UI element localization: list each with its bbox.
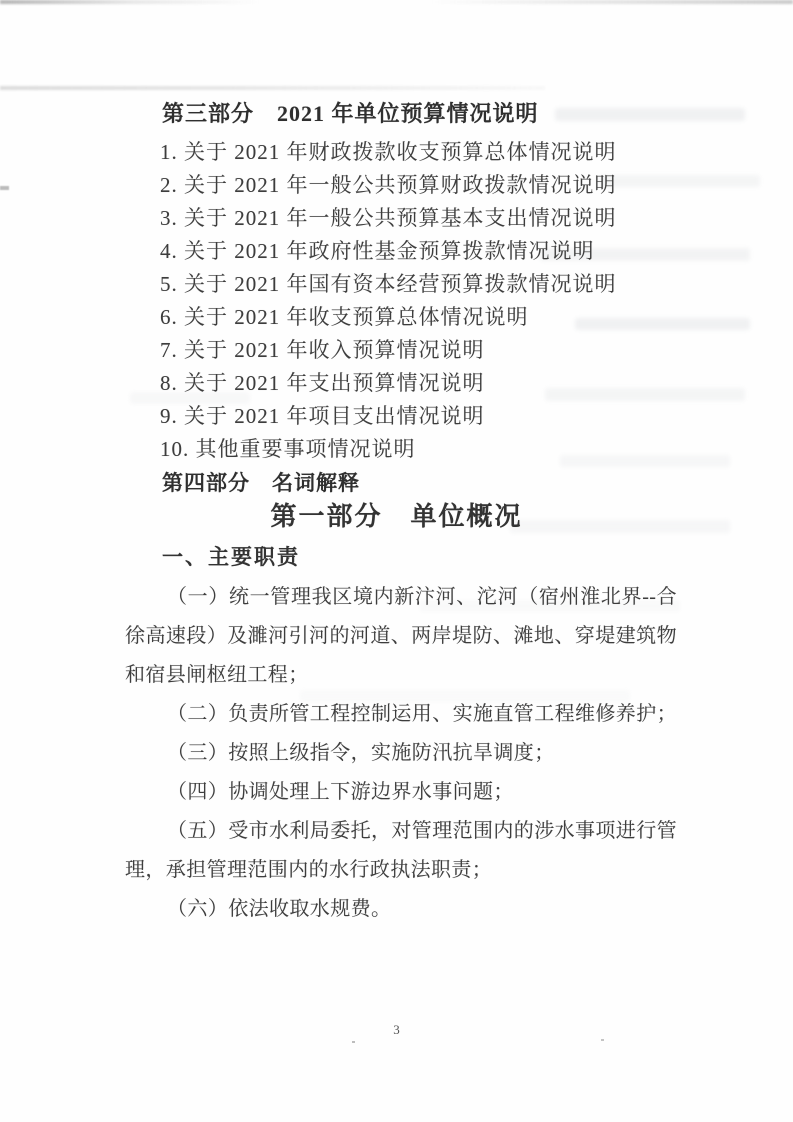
toc-item: 1. 关于 2021 年财政拨款收支预算总体情况说明 <box>160 136 617 169</box>
toc-part4-heading: 第四部分 名词解释 <box>162 467 360 497</box>
paragraph: （六）依法收取水规费。 <box>125 890 677 929</box>
toc-item: 5. 关于 2021 年国有资本经营预算拨款情况说明 <box>160 268 617 301</box>
toc-item: 7. 关于 2021 年收入预算情况说明 <box>160 334 617 367</box>
paragraph: （五）受市水利局委托，对管理范围内的涉水事项进行管理，承担管理范围内的水行政执法… <box>125 812 677 890</box>
scan-artifact <box>430 0 793 4</box>
toc-item: 10. 其他重要事项情况说明 <box>160 433 617 466</box>
scan-artifact <box>0 0 260 4</box>
toc-item: 4. 关于 2021 年政府性基金预算拨款情况说明 <box>160 235 617 268</box>
toc-item: 6. 关于 2021 年收支预算总体情况说明 <box>160 301 617 334</box>
scan-bleedthrough <box>555 108 745 121</box>
paragraph: （三）按照上级指令，实施防汛抗旱调度； <box>125 734 677 773</box>
document-page: 第三部分 2021 年单位预算情况说明 1. 关于 2021 年财政拨款收支预算… <box>0 0 793 1122</box>
toc-list: 1. 关于 2021 年财政拨款收支预算总体情况说明 2. 关于 2021 年一… <box>160 136 617 466</box>
part1-title: 第一部分 单位概况 <box>0 496 793 533</box>
toc-part3-heading: 第三部分 2021 年单位预算情况说明 <box>162 97 539 128</box>
toc-item: 2. 关于 2021 年一般公共预算财政拨款情况说明 <box>160 169 617 202</box>
scan-artifact <box>601 1039 604 1041</box>
page-number: 3 <box>0 1022 793 1038</box>
scan-artifact <box>0 86 545 90</box>
toc-item: 9. 关于 2021 年项目支出情况说明 <box>160 400 617 433</box>
responsibilities-subtitle: 一、主要职责 <box>162 541 300 571</box>
scan-artifact <box>352 1041 355 1043</box>
scan-bleedthrough <box>600 175 760 187</box>
toc-item: 3. 关于 2021 年一般公共预算基本支出情况说明 <box>160 202 617 235</box>
paragraph: （二）负责所管工程控制运用、实施直管工程维修养护； <box>125 695 677 734</box>
responsibilities-paragraphs: （一）统一管理我区境内新汴河、沱河（宿州淮北界--合徐高速段）及濉河引河的河道、… <box>125 578 677 929</box>
paragraph: （一）统一管理我区境内新汴河、沱河（宿州淮北界--合徐高速段）及濉河引河的河道、… <box>125 578 677 695</box>
toc-item: 8. 关于 2021 年支出预算情况说明 <box>160 367 617 400</box>
paragraph: （四）协调处理上下游边界水事问题； <box>125 773 677 812</box>
scan-artifact <box>0 186 9 190</box>
